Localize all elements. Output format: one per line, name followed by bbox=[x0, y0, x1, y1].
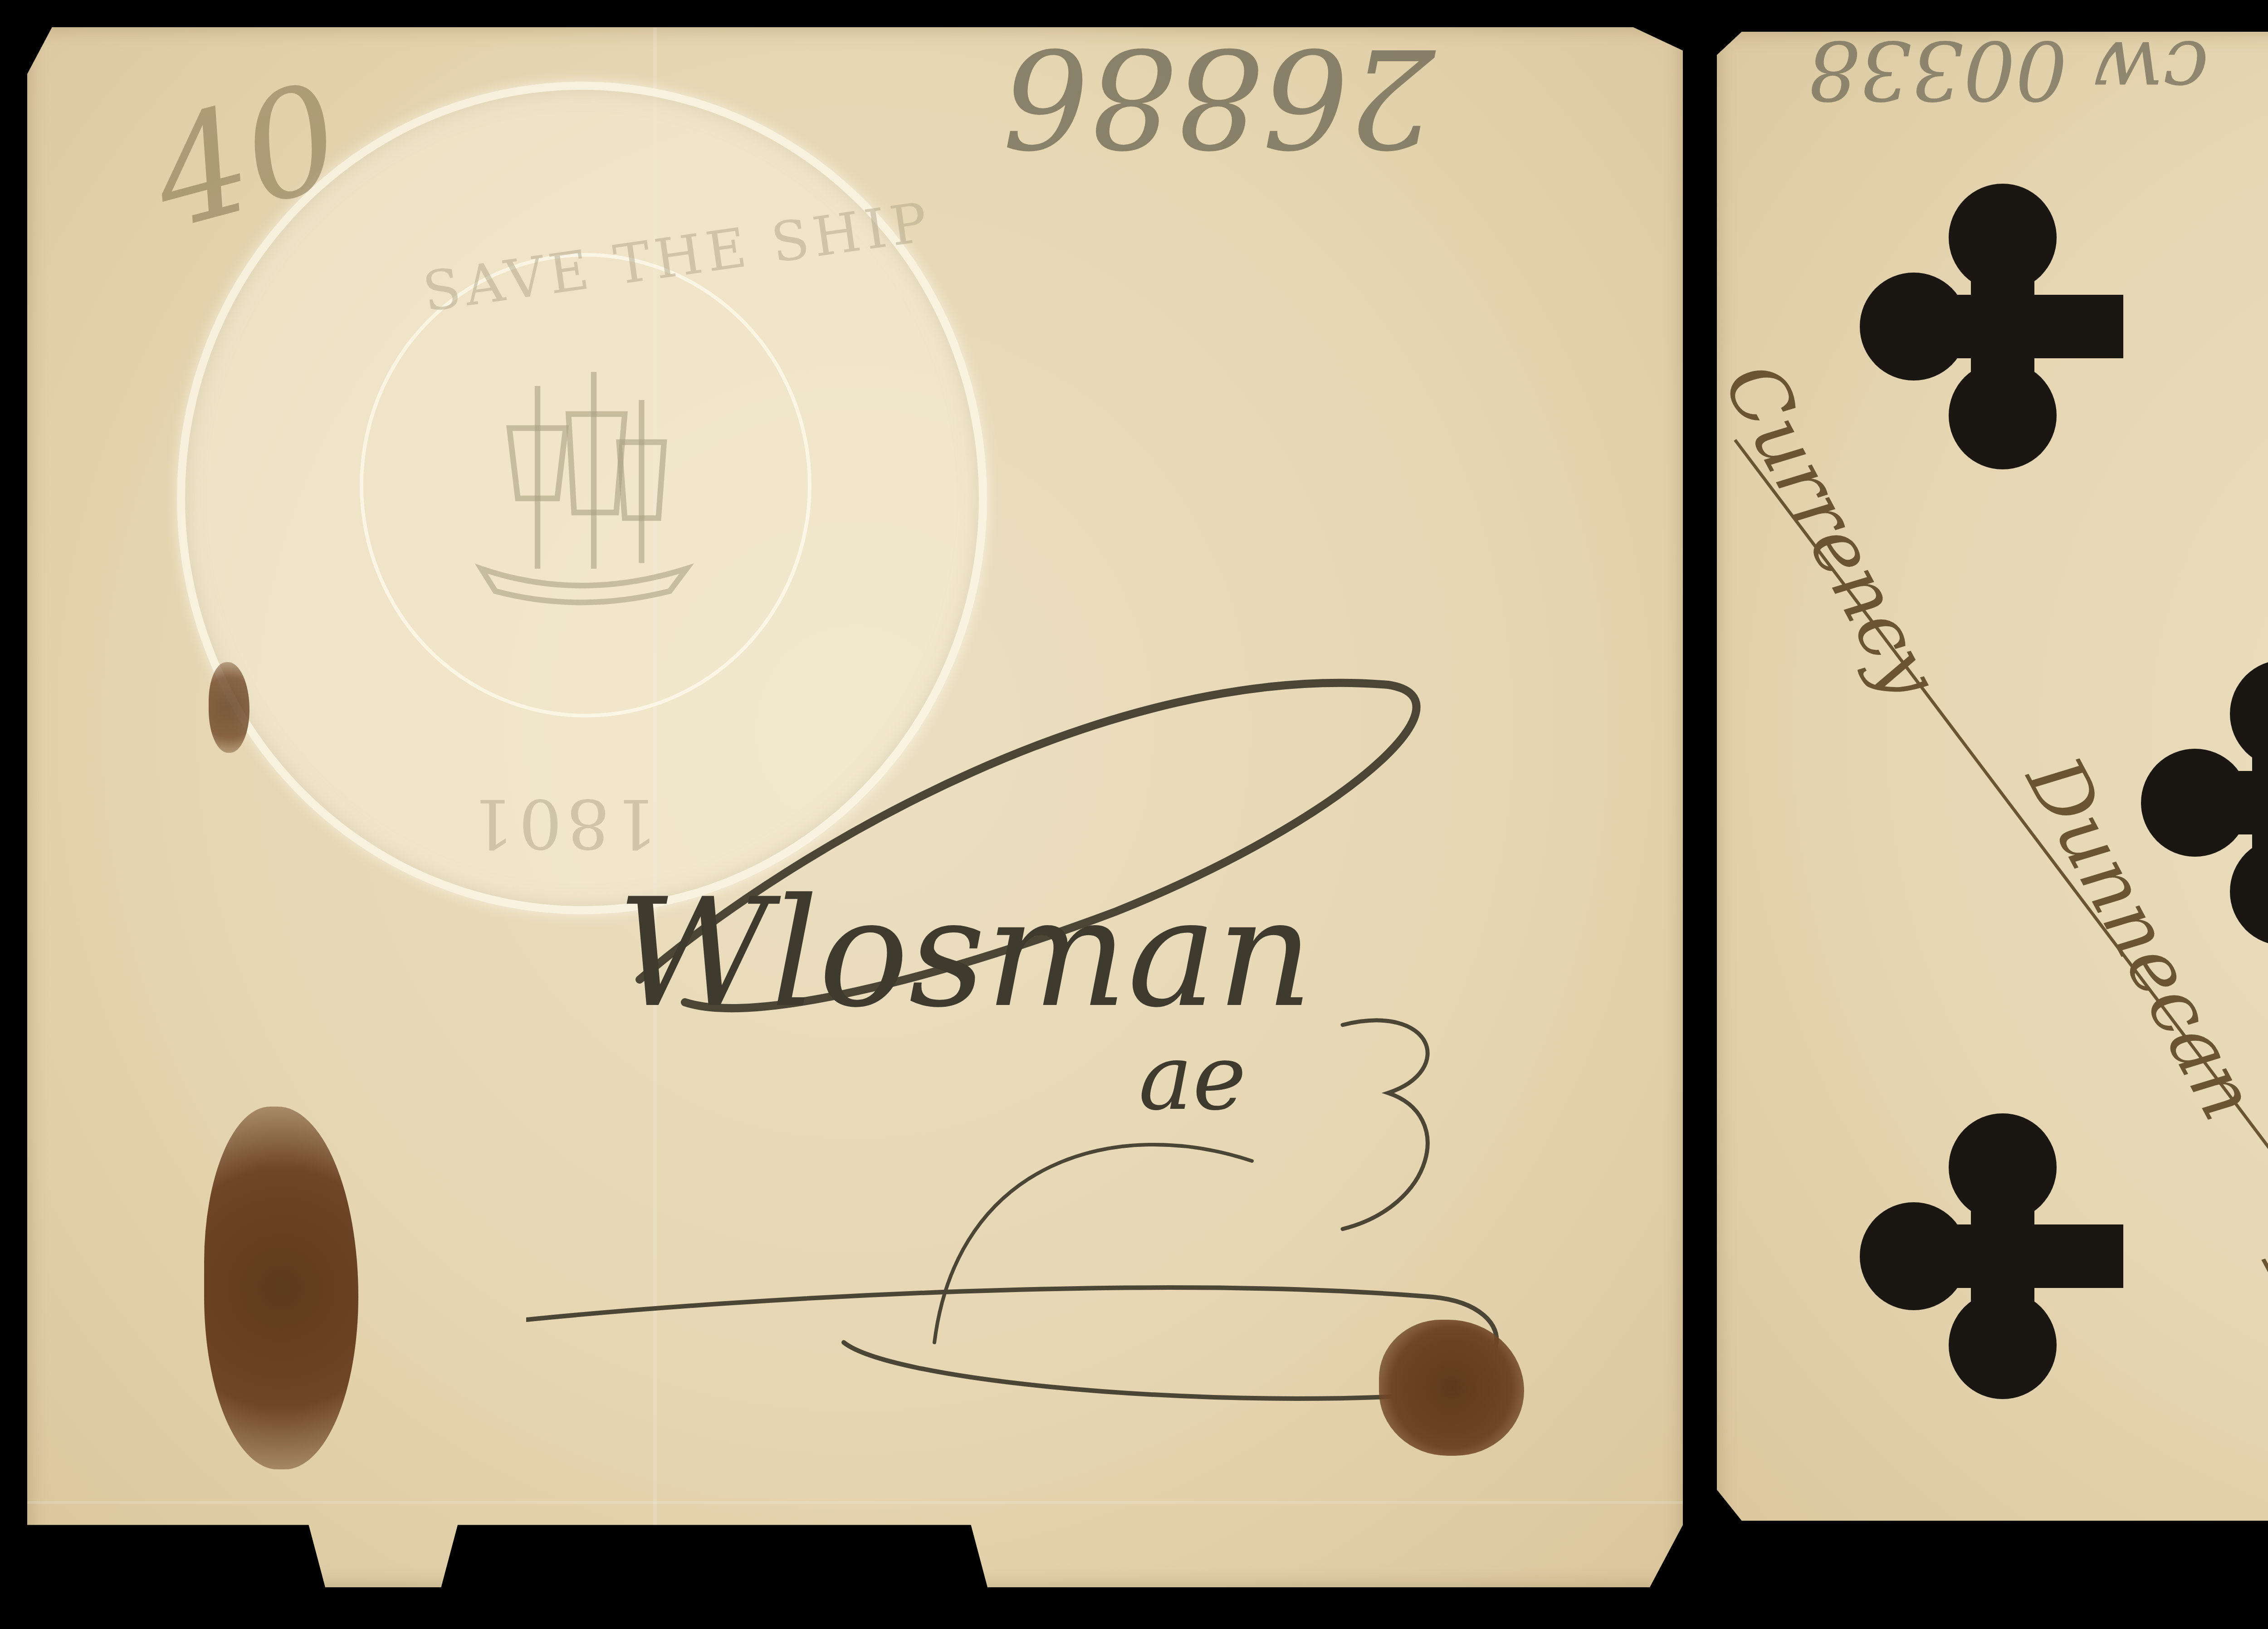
note-back: cw 00338 Currency Dunnecan Tollatl 40 ce… bbox=[1717, 32, 2268, 1583]
signature: Wlosman bbox=[617, 866, 1313, 1040]
ink-stain bbox=[204, 1107, 358, 1469]
ship-icon bbox=[439, 344, 720, 625]
serial-number: 26886 bbox=[1002, 18, 1435, 176]
note-front: SAVE THE SHIP 1801 26886 40 Thirty Two W… bbox=[27, 27, 1683, 1587]
fold-crease bbox=[27, 1501, 1683, 1504]
inscription-strokes bbox=[1717, 32, 2268, 1583]
signature-suffix: ae bbox=[1139, 1025, 1246, 1131]
